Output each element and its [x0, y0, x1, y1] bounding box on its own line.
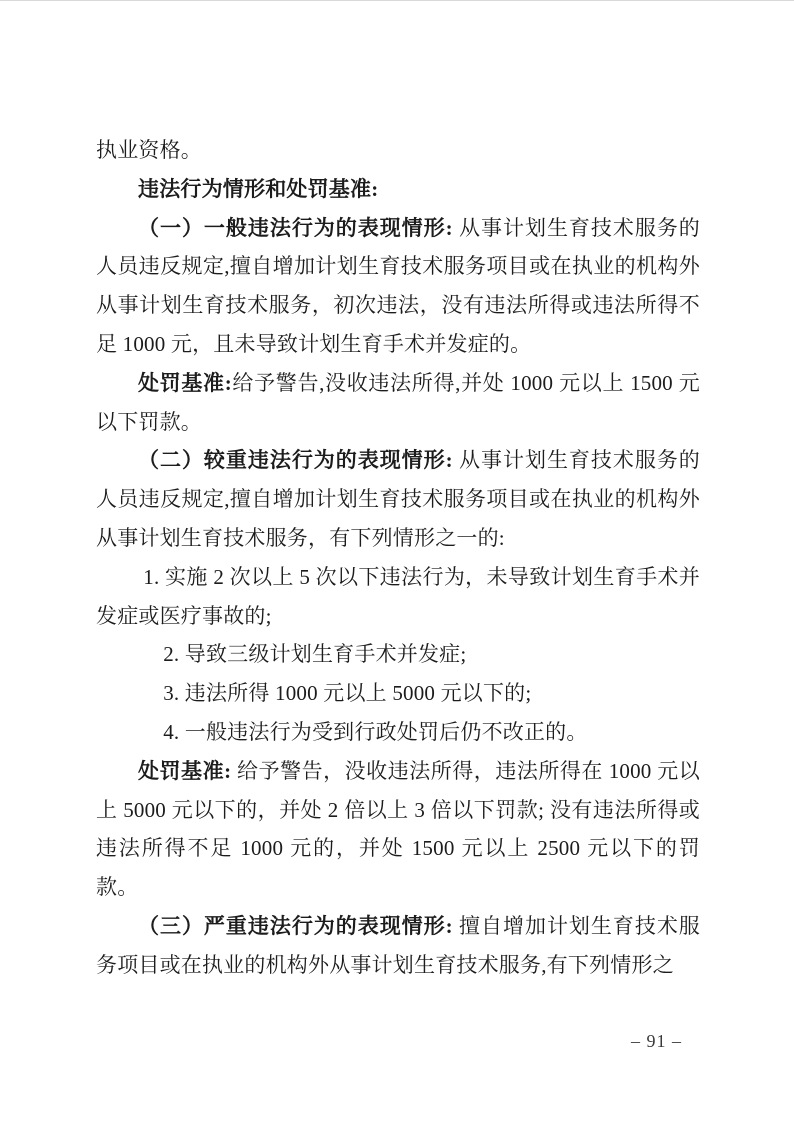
paragraph-continuation: 执业资格。	[96, 131, 700, 170]
list-item-1: 1. 实施 2 次以上 5 次以下违法行为，未导致计划生育手术并发症或医疗事故的…	[96, 558, 700, 636]
paragraph-severe-violation: （三）严重违法行为的表现情形: 擅自增加计划生育技术服务项目或在执业的机构外从事…	[96, 907, 700, 985]
paragraph-general-violation: （一）一般违法行为的表现情形: 从事计划生育技术服务的人员违反规定,擅自增加计划…	[96, 209, 700, 364]
paragraph-moderate-violation: （二）较重违法行为的表现情形: 从事计划生育技术服务的人员违反规定,擅自增加计划…	[96, 441, 700, 557]
paragraph-penalty-1: 处罚基准:给予警告,没收违法所得,并处 1000 元以上 1500 元以下罚款。	[96, 364, 700, 442]
list-item-3: 3. 违法所得 1000 元以上 5000 元以下的;	[96, 674, 700, 713]
clause-2-label: （二）较重违法行为的表现情形:	[138, 448, 453, 472]
penalty-2-label: 处罚基准:	[138, 759, 231, 783]
clause-3-label: （三）严重违法行为的表现情形:	[138, 914, 453, 938]
document-page: 执业资格。 违法行为情形和处罚基准: （一）一般违法行为的表现情形: 从事计划生…	[0, 0, 794, 1123]
list-item-3-text: 3. 违法所得 1000 元以上 5000 元以下的;	[163, 681, 531, 705]
list-item-2: 2. 导致三级计划生育手术并发症;	[96, 635, 700, 674]
list-item-1-text: 1. 实施 2 次以上 5 次以下违法行为，未导致计划生育手术并发症或医疗事故的…	[96, 565, 700, 628]
list-item-4: 4. 一般违法行为受到行政处罚后仍不改正的。	[96, 713, 700, 752]
paragraph-text: 执业资格。	[96, 138, 202, 162]
penalty-1-label: 处罚基准:	[138, 371, 232, 395]
paragraph-penalty-2: 处罚基准: 给予警告，没收违法所得，违法所得在 1000 元以上 5000 元以…	[96, 752, 700, 907]
page-number: – 91 –	[631, 1029, 682, 1053]
list-item-2-text: 2. 导致三级计划生育手术并发症;	[163, 642, 466, 666]
section-heading-penalty-basis: 违法行为情形和处罚基准:	[96, 170, 700, 209]
document-body: 执业资格。 违法行为情形和处罚基准: （一）一般违法行为的表现情形: 从事计划生…	[96, 131, 700, 985]
heading-text: 违法行为情形和处罚基准:	[138, 177, 378, 201]
list-item-4-text: 4. 一般违法行为受到行政处罚后仍不改正的。	[163, 720, 587, 744]
clause-1-label: （一）一般违法行为的表现情形:	[138, 216, 453, 240]
